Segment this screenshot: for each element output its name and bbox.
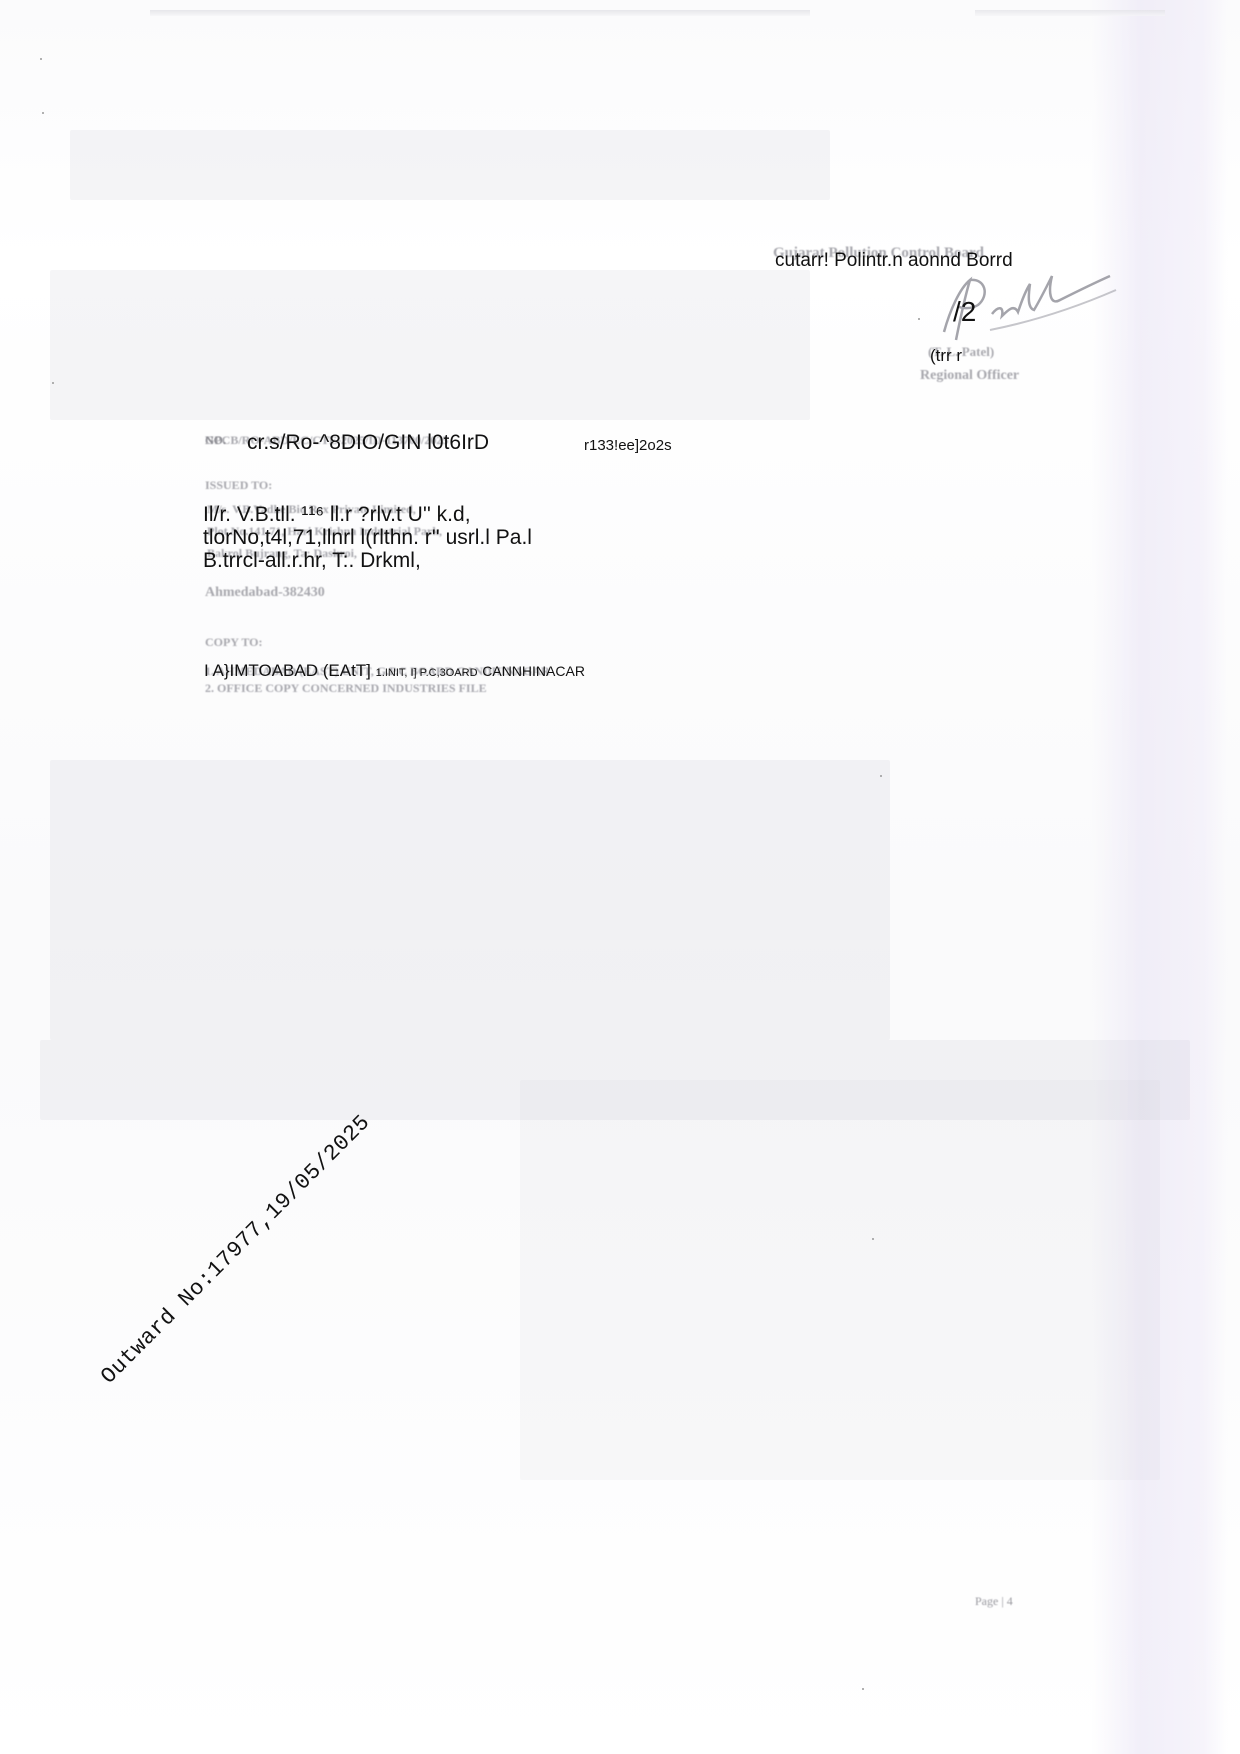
- copy-to-line-ocr: I A}IMTOABAD (EAtT] 1.INIT, I] P.C,3OARD…: [204, 661, 585, 681]
- copy-to-ocr-end: CANNHINACAR: [482, 663, 585, 679]
- scan-speck: [872, 1238, 874, 1240]
- scan-edge-shadow: [975, 10, 1165, 16]
- scan-speck: [862, 1688, 864, 1690]
- issued-to-city: Ahmedabad-382430: [205, 585, 325, 601]
- scan-speck: [42, 112, 44, 114]
- page-number: Page | 4: [975, 1594, 1013, 1609]
- copy-to-label: COPY TO:: [205, 635, 262, 650]
- copy-to-ocr-small: 1.INIT, I] P.C,3OARD: [376, 667, 478, 679]
- reference-label: NO.: [205, 433, 226, 448]
- bleed-through-text: [520, 1080, 1160, 1480]
- bleed-through-text: [70, 130, 830, 200]
- signatory-title: Regional Officer: [920, 368, 1019, 384]
- scan-speck: [918, 318, 920, 320]
- copy-to-ocr-prefix: I A}IMTOABAD (EAtT]: [204, 661, 371, 680]
- bleed-through-text: [50, 760, 890, 1040]
- scan-speck: [40, 58, 42, 60]
- scan-edge-shadow: [150, 10, 810, 16]
- copy-to-line-scan: 2. OFFICE COPY CONCERNED INDUSTRIES FILE: [205, 681, 487, 696]
- issued-to-line-ocr: B.trrcl-all.r.hr, T:. Drkml,: [203, 549, 421, 573]
- reference-number-ocr: cr.s/Ro-^8DIO/GIN l0t6IrD: [247, 431, 489, 455]
- signatory-name-ocr: (trr r: [930, 346, 962, 366]
- scan-speck: [52, 382, 54, 384]
- signature-ocr-mark: /2: [953, 296, 976, 328]
- issued-to-label: ISSUED TO:: [205, 478, 272, 493]
- reference-suffix-ocr: r133!ee]2o2s: [584, 437, 672, 454]
- bleed-through-text: [50, 270, 810, 420]
- scan-speck: [880, 775, 882, 777]
- org-name-ocr: cutarr! Polintr.n aonnd Borrd: [775, 250, 1013, 272]
